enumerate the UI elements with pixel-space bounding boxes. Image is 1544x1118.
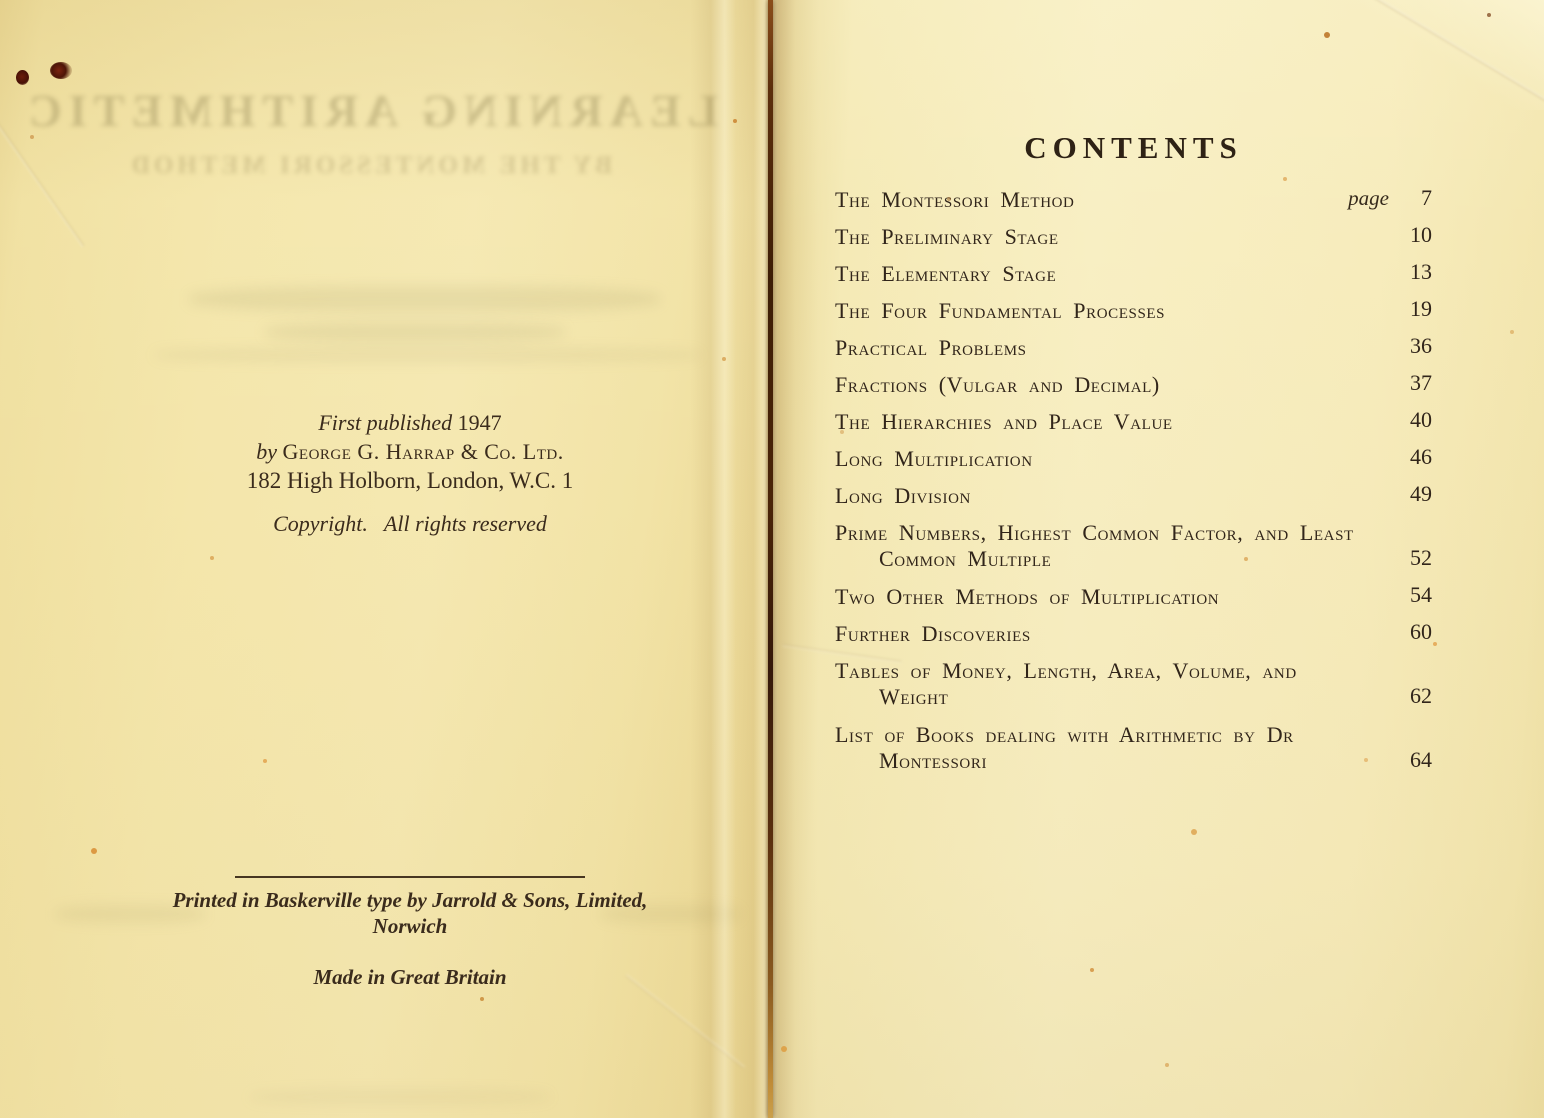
toc-entry-page: 64 bbox=[1402, 747, 1432, 773]
toc-entry-page: page7 bbox=[1348, 185, 1432, 211]
toc-entry-title: Tables of Money, Length, Area, Volume, a… bbox=[835, 659, 1432, 710]
toc-entry-title: The Four Fundamental Processes bbox=[835, 299, 1432, 323]
toc-entry-line: Weight bbox=[835, 683, 1432, 710]
toc-entry: Two Other Methods of Multiplication 54 bbox=[835, 585, 1432, 609]
toc-entry-line: The Preliminary Stage bbox=[835, 225, 1432, 249]
toc-entry-page: 49 bbox=[1402, 481, 1432, 507]
toc-entry-title: The Montessori Method bbox=[835, 188, 1432, 212]
toc-page-number: 60 bbox=[1402, 619, 1432, 645]
toc-entry-page: 36 bbox=[1402, 333, 1432, 359]
toc-entry: Tables of Money, Length, Area, Volume, a… bbox=[835, 659, 1432, 710]
printer-city: Norwich bbox=[60, 913, 760, 939]
toc-page-number: 49 bbox=[1402, 481, 1432, 507]
toc-entry-page: 60 bbox=[1402, 619, 1432, 645]
toc-entry-title: Long Multiplication bbox=[835, 447, 1432, 471]
toc-entry-line: Tables of Money, Length, Area, Volume, a… bbox=[835, 659, 1432, 683]
copyright-notice: Copyright. All rights reserved bbox=[60, 511, 760, 537]
paper-damage-spot bbox=[50, 62, 72, 79]
toc-entry-line: Further Discoveries bbox=[835, 622, 1432, 646]
first-published-line: First published 1947 bbox=[60, 408, 760, 437]
toc-page-number: 13 bbox=[1402, 259, 1432, 285]
toc-entry: Long Multiplication 46 bbox=[835, 447, 1432, 471]
toc-entry-title: Prime Numbers, Highest Common Factor, an… bbox=[835, 521, 1432, 572]
showthrough-subtitle: BY THE MONTESSORI METHOD bbox=[0, 152, 740, 180]
showthrough-smudge bbox=[250, 1090, 550, 1104]
toc-entry-title: The Elementary Stage bbox=[835, 262, 1432, 286]
toc-entry-title: Long Division bbox=[835, 484, 1432, 508]
book-gutter bbox=[768, 0, 773, 1118]
toc-entry-line: Practical Problems bbox=[835, 336, 1432, 360]
toc-entry: The Four Fundamental Processes 19 bbox=[835, 299, 1432, 323]
toc-entry-line: Montessori bbox=[835, 747, 1432, 774]
toc-entry: Fractions (Vulgar and Decimal) 37 bbox=[835, 373, 1432, 397]
toc-page-number: 36 bbox=[1402, 333, 1432, 359]
publisher-address: 182 High Holborn, London, W.C. 1 bbox=[60, 466, 760, 495]
toc-entry-line: The Hierarchies and Place Value bbox=[835, 410, 1432, 434]
toc-entry-title: List of Books dealing with Arithmetic by… bbox=[835, 723, 1432, 774]
toc-entry-title: The Preliminary Stage bbox=[835, 225, 1432, 249]
toc-entry-page: 37 bbox=[1402, 370, 1432, 396]
toc-page-number: 40 bbox=[1402, 407, 1432, 433]
toc-page-number: 52 bbox=[1402, 545, 1432, 571]
toc-entry-page: 54 bbox=[1402, 582, 1432, 608]
contents-title: CONTENTS bbox=[772, 130, 1495, 166]
showthrough-smudge bbox=[265, 322, 565, 342]
toc-entry-page: 40 bbox=[1402, 407, 1432, 433]
toc-entry-title: The Hierarchies and Place Value bbox=[835, 410, 1432, 434]
toc-page-number: 62 bbox=[1402, 683, 1432, 709]
copyright-page: LEARNING ARITHMETIC BY THE MONTESSORI ME… bbox=[0, 0, 772, 1118]
foxing-specks bbox=[0, 0, 4, 4]
toc-page-number: 19 bbox=[1402, 296, 1432, 322]
printer-line: Printed in Baskerville type by Jarrold &… bbox=[60, 887, 760, 913]
toc-entry: The Hierarchies and Place Value 40 bbox=[835, 410, 1432, 434]
toc-page-number: 37 bbox=[1402, 370, 1432, 396]
toc-entry-line: Fractions (Vulgar and Decimal) bbox=[835, 373, 1432, 397]
toc-entry-title: Practical Problems bbox=[835, 336, 1432, 360]
toc-entry-title: Fractions (Vulgar and Decimal) bbox=[835, 373, 1432, 397]
paper-damage-spot bbox=[16, 70, 29, 85]
publisher-line: by George G. Harrap & Co. Ltd. bbox=[60, 437, 760, 466]
toc-entry-line: Common Multiple bbox=[835, 545, 1432, 572]
toc-page-number: 54 bbox=[1402, 582, 1432, 608]
table-of-contents: The Montessori Method page7 The Prelimin… bbox=[835, 188, 1432, 787]
made-in-line: Made in Great Britain bbox=[60, 965, 760, 990]
toc-entry-line: Two Other Methods of Multiplication bbox=[835, 585, 1432, 609]
toc-entry-line: Prime Numbers, Highest Common Factor, an… bbox=[835, 521, 1432, 545]
colophon-block: Printed in Baskerville type by Jarrold &… bbox=[60, 876, 760, 990]
toc-page-number: 7 bbox=[1402, 185, 1432, 211]
toc-entry-line: Long Multiplication bbox=[835, 447, 1432, 471]
first-published-text: First published bbox=[318, 410, 452, 435]
toc-entry-page: 10 bbox=[1402, 222, 1432, 248]
toc-entry: Long Division 49 bbox=[835, 484, 1432, 508]
divider-rule bbox=[235, 876, 585, 878]
by-word: by bbox=[256, 439, 277, 464]
book-spread-scan: LEARNING ARITHMETIC BY THE MONTESSORI ME… bbox=[0, 0, 1544, 1118]
toc-entry-title: Further Discoveries bbox=[835, 622, 1432, 646]
toc-entry-page: 19 bbox=[1402, 296, 1432, 322]
toc-entry-line: The Montessori Method bbox=[835, 188, 1432, 212]
toc-entry: List of Books dealing with Arithmetic by… bbox=[835, 723, 1432, 774]
toc-entry-page: 62 bbox=[1402, 683, 1432, 709]
showthrough-smudge bbox=[190, 286, 660, 312]
toc-page-number: 64 bbox=[1402, 747, 1432, 773]
toc-page-number: 10 bbox=[1402, 222, 1432, 248]
toc-entry-line: The Four Fundamental Processes bbox=[835, 299, 1432, 323]
toc-entry: The Preliminary Stage 10 bbox=[835, 225, 1432, 249]
publication-year: 1947 bbox=[458, 410, 502, 435]
toc-entry-page: 46 bbox=[1402, 444, 1432, 470]
publisher-name: George G. Harrap & Co. Ltd. bbox=[283, 439, 564, 464]
toc-entry-title: Two Other Methods of Multiplication bbox=[835, 585, 1432, 609]
toc-page-number: 46 bbox=[1402, 444, 1432, 470]
toc-entry-line: Long Division bbox=[835, 484, 1432, 508]
page-word-label: page bbox=[1348, 186, 1389, 211]
toc-entry: The Elementary Stage 13 bbox=[835, 262, 1432, 286]
corner-fold-highlight bbox=[1354, 0, 1544, 110]
toc-entry: Prime Numbers, Highest Common Factor, an… bbox=[835, 521, 1432, 572]
showthrough-title: LEARNING ARITHMETIC bbox=[0, 84, 740, 137]
toc-entry-line: The Elementary Stage bbox=[835, 262, 1432, 286]
toc-entry: Practical Problems 36 bbox=[835, 336, 1432, 360]
toc-entry-line: List of Books dealing with Arithmetic by… bbox=[835, 723, 1432, 747]
toc-entry: The Montessori Method page7 bbox=[835, 188, 1432, 212]
toc-entry-page: 52 bbox=[1402, 545, 1432, 571]
toc-entry-page: 13 bbox=[1402, 259, 1432, 285]
publication-block: First published 1947 by George G. Harrap… bbox=[60, 408, 760, 537]
toc-entry: Further Discoveries 60 bbox=[835, 622, 1432, 646]
contents-page: CONTENTS The Montessori Method page7 The… bbox=[772, 0, 1544, 1118]
showthrough-smudge bbox=[155, 348, 700, 362]
